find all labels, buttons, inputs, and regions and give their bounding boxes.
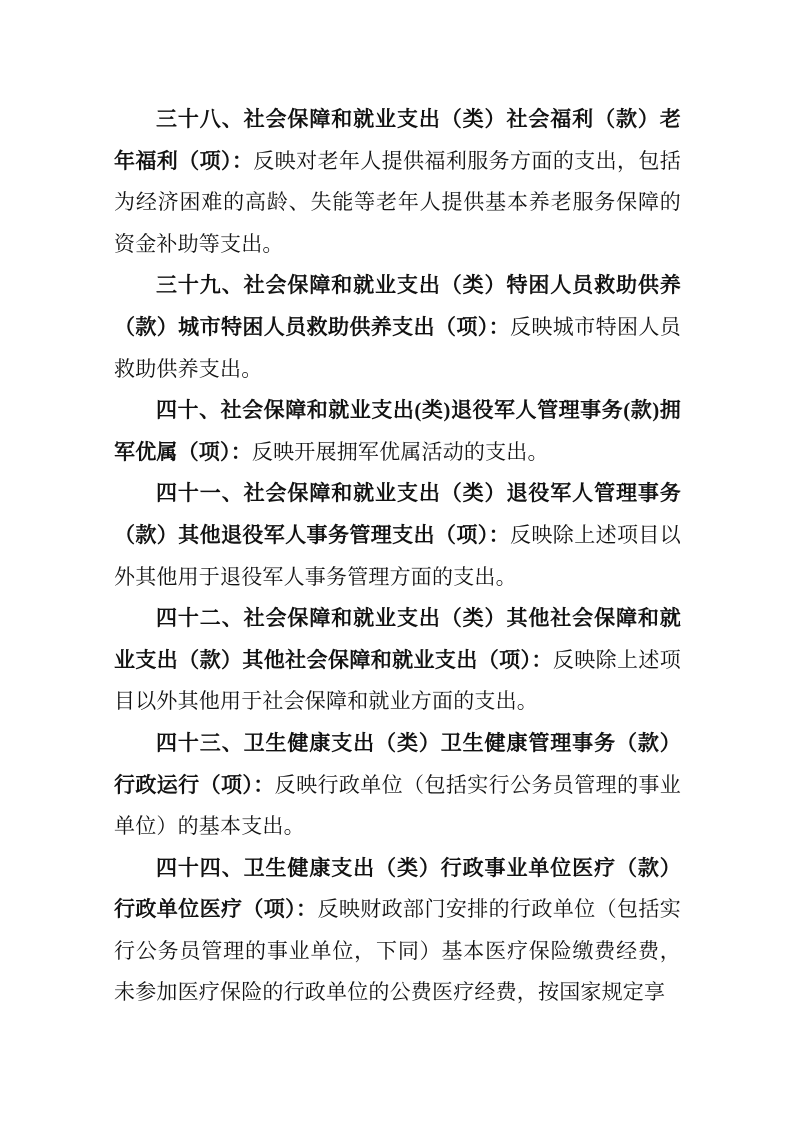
paragraph-item-38: 三十八、社会保障和就业支出（类）社会福利（款）老年福利（项）：反映对老年人提供福… [114, 99, 681, 265]
paragraph-item-41: 四十一、社会保障和就业支出（类）退役军人管理事务（款）其他退役军人事务管理支出（… [114, 473, 681, 598]
paragraph-item-40: 四十、社会保障和就业支出(类)退役军人管理事务(款)拥军优属（项）：反映开展拥军… [114, 390, 681, 473]
document-page: 三十八、社会保障和就业支出（类）社会福利（款）老年福利（项）：反映对老年人提供福… [0, 0, 793, 1122]
paragraph-body: 反映开展拥军优属活动的支出。 [252, 440, 549, 464]
paragraph-item-44: 四十四、卫生健康支出（类）行政事业单位医疗（款）行政单位医疗（项）：反映财政部门… [114, 848, 681, 1014]
paragraph-item-39: 三十九、社会保障和就业支出（类）特困人员救助供养（款）城市特困人员救助供养支出（… [114, 265, 681, 390]
document-text-content: 三十八、社会保障和就业支出（类）社会福利（款）老年福利（项）：反映对老年人提供福… [114, 99, 681, 1014]
paragraph-item-43: 四十三、卫生健康支出（类）卫生健康管理事务（款）行政运行（项）：反映行政单位（包… [114, 723, 681, 848]
paragraph-item-42: 四十二、社会保障和就业支出（类）其他社会保障和就业支出（款）其他社会保障和就业支… [114, 598, 681, 723]
